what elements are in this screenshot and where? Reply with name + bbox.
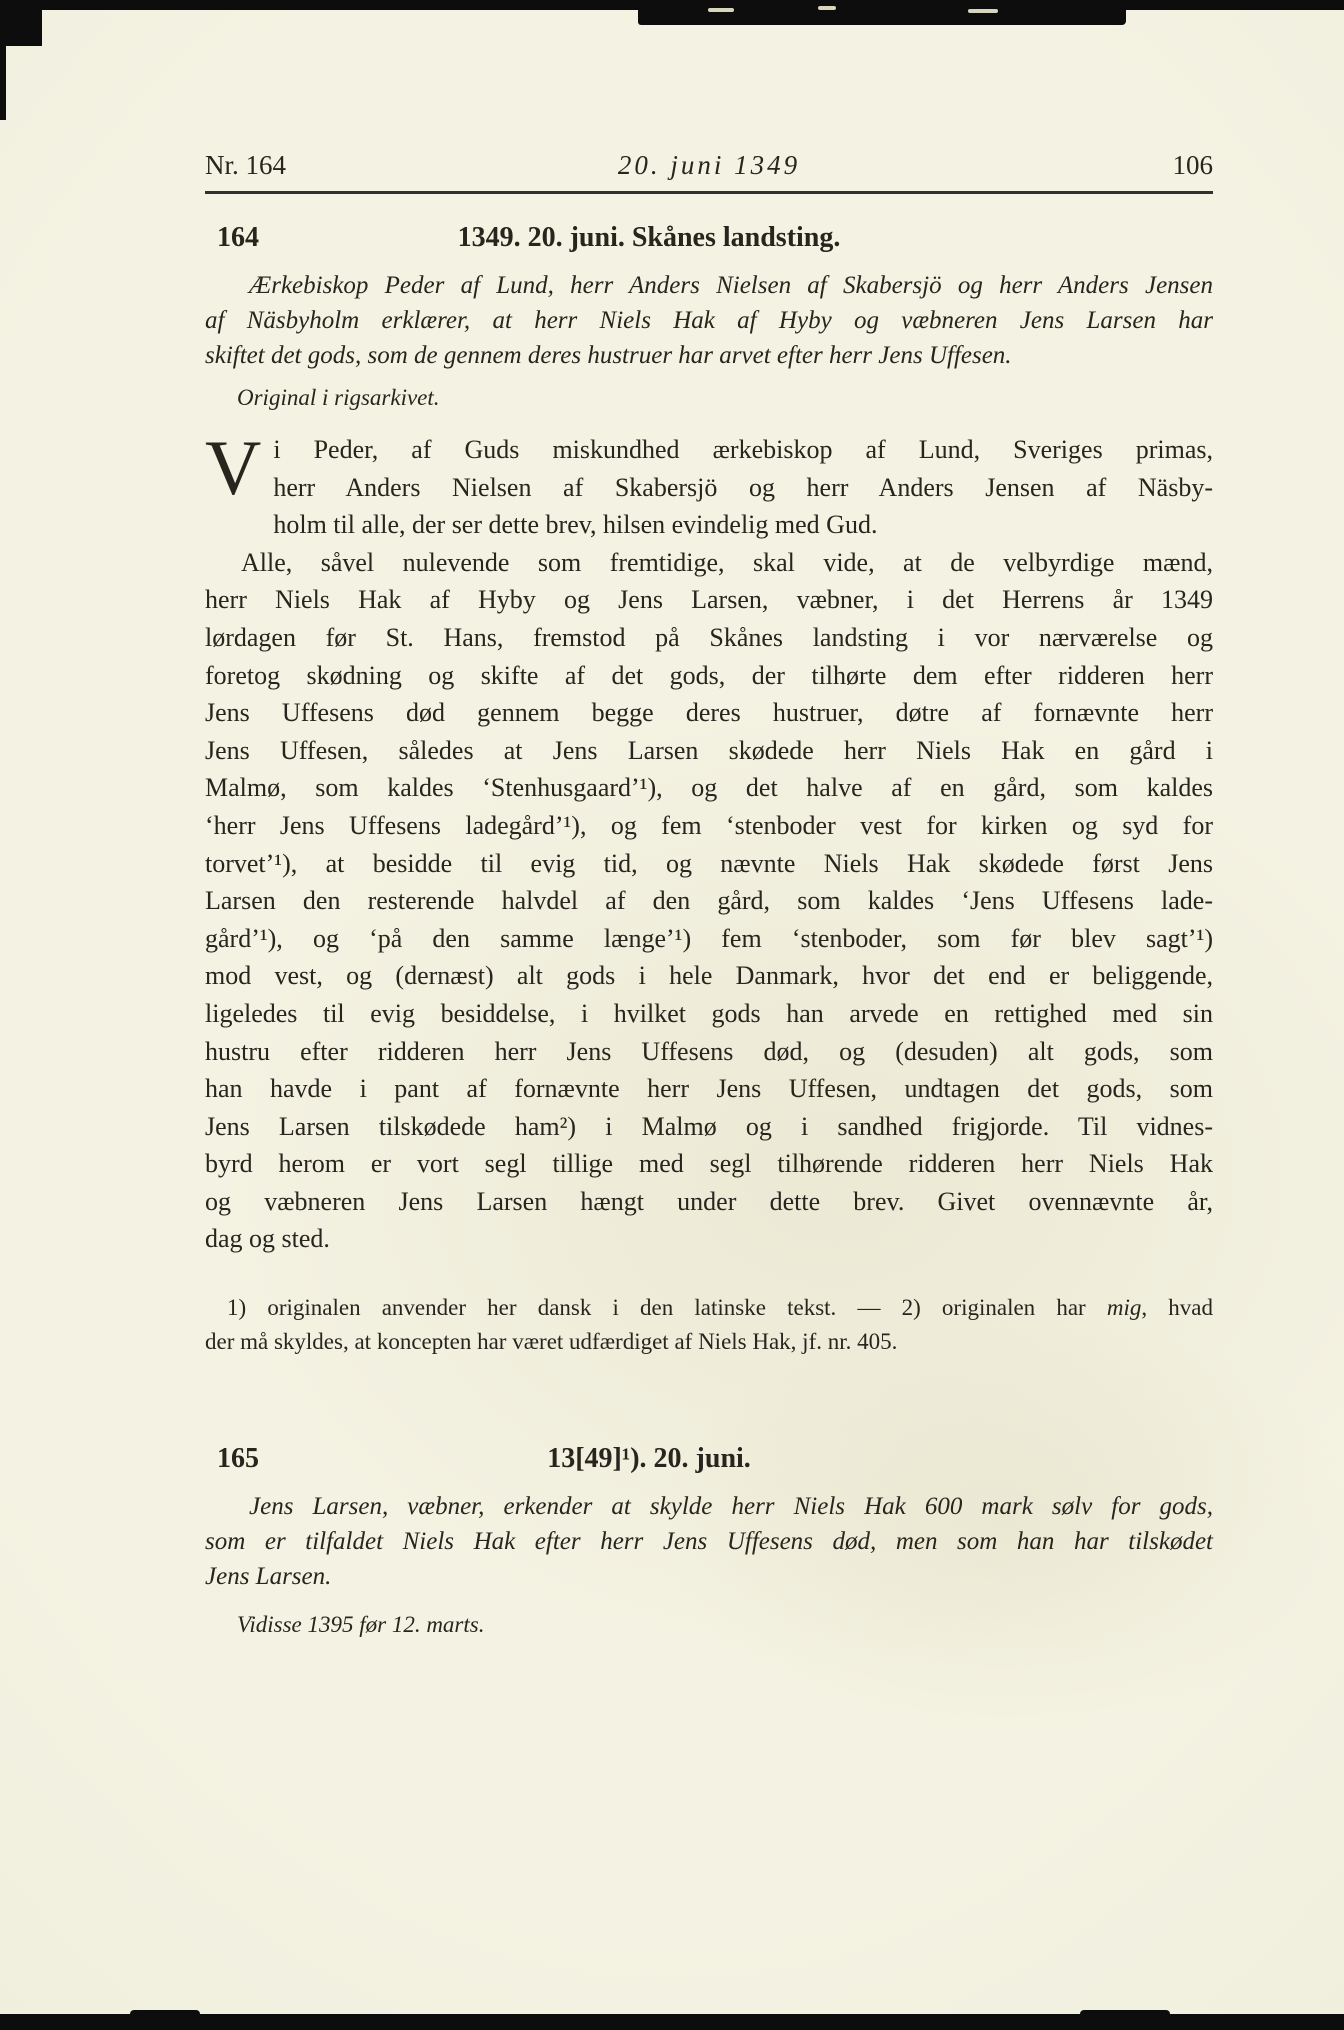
scan-artifact-bump (1080, 2010, 1170, 2020)
body-line: dag og sted. (205, 1220, 1213, 1258)
running-head-date: 20. juni 1349 (205, 150, 1213, 181)
scan-artifact-corner (0, 0, 42, 46)
summary-line: Jens Larsen, væbner, erkender at skylde … (205, 1489, 1213, 1524)
body-line: Larsen den resterende halvdel af den går… (205, 882, 1213, 920)
body-line: hustru efter ridderen herr Jens Uffesens… (205, 1033, 1213, 1071)
scan-artifact-left-edge (0, 0, 6, 120)
body-line: herr Niels Hak af Hyby og Jens Larsen, v… (205, 581, 1213, 619)
entry-164-summary: Ærkebiskop Peder af Lund, herr Anders Ni… (205, 268, 1213, 373)
entry-165-summary: Jens Larsen, væbner, erkender at skylde … (205, 1489, 1213, 1594)
summary-line: Ærkebiskop Peder af Lund, herr Anders Ni… (205, 268, 1213, 303)
scanned-book-page: Nr. 164 20. juni 1349 106 164 1349. 20. … (0, 0, 1344, 2030)
footnote-italic-word: mig (1107, 1295, 1142, 1320)
body-line: lørdagen før St. Hans, fremstod på Skåne… (205, 619, 1213, 657)
footnote-line: der må skyldes, at koncepten har været u… (205, 1325, 1213, 1359)
body-line: ligeledes til evig besiddelse, i hvilket… (205, 995, 1213, 1033)
body-line: Jens Uffesens død gennem begge deres hus… (205, 694, 1213, 732)
body-line: byrd herom er vort segl tillige med segl… (205, 1145, 1213, 1183)
running-head: Nr. 164 20. juni 1349 106 (205, 150, 1213, 182)
scan-artifact-top-blob (638, 0, 1126, 25)
body-line: mod vest, og (dernæst) alt gods i hele D… (205, 957, 1213, 995)
entry-164-title: 1349. 20. juni. Skånes landsting. (205, 222, 1093, 254)
dropcap-initial: V (205, 431, 273, 508)
entry-164-body-lines: i Peder, af Guds miskundhed ærkebiskop a… (205, 431, 1213, 1258)
body-line: torvet’¹), at besidde til evig tid, og n… (205, 845, 1213, 883)
entry-165-heading: 165 13[49]¹). 20. juni. (205, 1443, 1213, 1477)
header-rule (205, 191, 1213, 194)
body-line: ‘herr Jens Uffesens ladegård’¹), og fem … (205, 807, 1213, 845)
footnote-text: 1) originalen anvender her dansk i den l… (227, 1295, 1107, 1320)
footnote-text: , hvad (1141, 1295, 1213, 1320)
scan-artifact-dash (968, 9, 998, 13)
body-line: Malmø, som kaldes ‘Stenhusgaard’¹), og d… (205, 769, 1213, 807)
footnote-line: 1) originalen anvender her dansk i den l… (205, 1291, 1213, 1325)
body-line: holm til alle, der ser dette brev, hilse… (205, 506, 1213, 544)
body-line: Jens Larsen tilskødede ham²) i Malmø og … (205, 1108, 1213, 1146)
summary-line: som er tilfaldet Niels Hak efter herr Je… (205, 1524, 1213, 1559)
body-line: han havde i pant af fornævnte herr Jens … (205, 1070, 1213, 1108)
body-line: Alle, såvel nulevende som fremtidige, sk… (205, 544, 1213, 582)
body-line: herr Anders Nielsen af Skabersjö og herr… (205, 469, 1213, 507)
body-line: gård’¹), og ‘på den samme længe’¹) fem ‘… (205, 920, 1213, 958)
scan-artifact-dash (818, 6, 836, 10)
entry-165-source-note: Vidisse 1395 før 12. marts. (237, 1610, 1245, 1640)
scan-artifact-bump (130, 2010, 200, 2020)
page-number: 106 (1173, 150, 1214, 181)
summary-line: af Näsbyholm erklærer, at herr Niels Hak… (205, 303, 1213, 338)
body-line: Jens Uffesen, således at Jens Larsen skø… (205, 732, 1213, 770)
summary-line: Jens Larsen. (205, 1559, 1213, 1594)
entry-165-title: 13[49]¹). 20. juni. (205, 1443, 1093, 1475)
body-line: og væbneren Jens Larsen hængt under dett… (205, 1183, 1213, 1221)
entry-164-footnotes: 1) originalen anvender her dansk i den l… (205, 1291, 1213, 1359)
scan-artifact-dash (708, 8, 734, 12)
body-line: i Peder, af Guds miskundhed ærkebiskop a… (205, 431, 1213, 469)
body-line: foretog skødning og skifte af det gods, … (205, 657, 1213, 695)
entry-164-heading: 164 1349. 20. juni. Skånes landsting. (205, 222, 1213, 256)
entry-164-source-note: Original i rigsarkivet. (237, 383, 1245, 413)
summary-line: skiftet det gods, som de gennem deres hu… (205, 338, 1213, 373)
entry-164-body: V i Peder, af Guds miskundhed ærkebiskop… (205, 431, 1213, 1258)
